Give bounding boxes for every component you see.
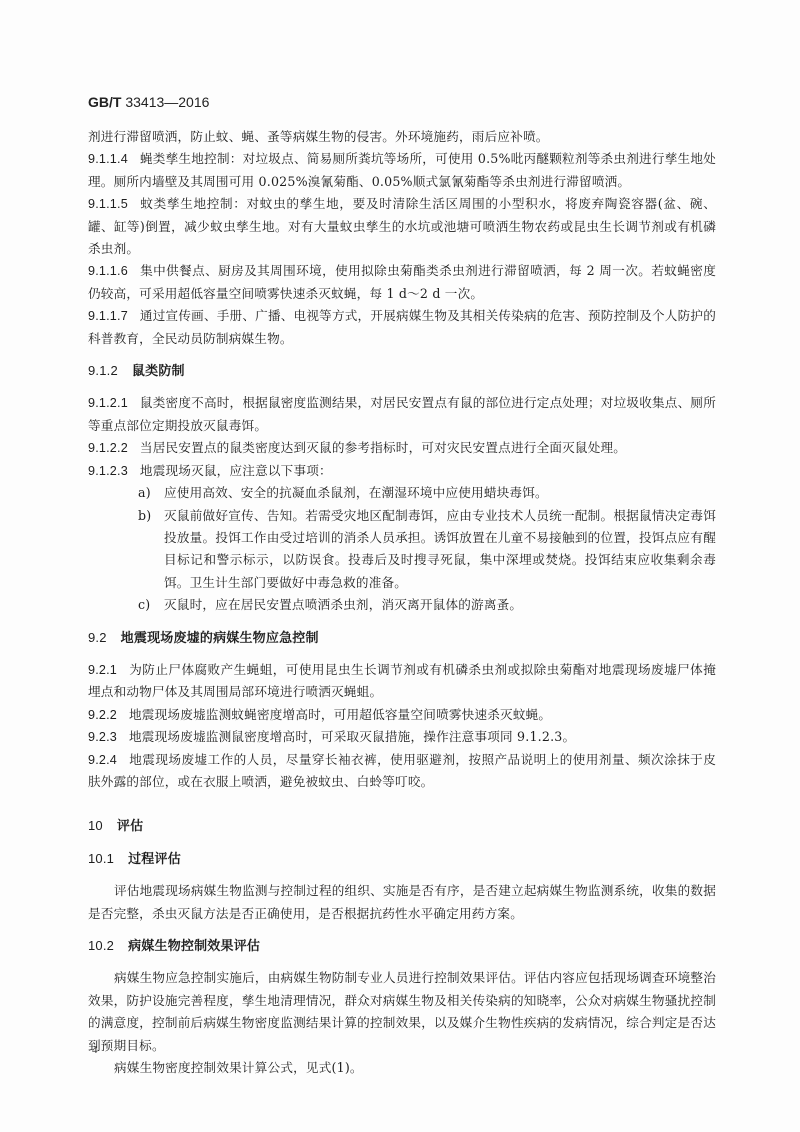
clause-number: 9.2.2	[88, 708, 117, 722]
clause-9-2-2: 9.2.2地震现场废墟监测蚊蝇密度增高时，可用超低容量空间喷雾快速杀灭蚊蝇。	[88, 704, 716, 726]
chapter-title: 评估	[117, 818, 143, 833]
paragraph-10-2-b: 病媒生物密度控制效果计算公式，见式(1)。	[88, 1057, 716, 1079]
continued-paragraph: 剂进行滞留喷洒，防止蚊、蝇、蚤等病媒生物的侵害。外环境施药，雨后应补喷。	[88, 126, 716, 148]
list-text: 灭鼠前做好宣传、告知。若需受灾地区配制毒饵，应由专业技术人员统一配制。根据鼠情决…	[164, 508, 716, 590]
clause-text: 当居民安置点的鼠类密度达到灭鼠的参考指标时，可对灾民安置点进行全面灭鼠处理。	[140, 440, 626, 455]
page-number: 4	[92, 1044, 98, 1056]
clause-text: 蚊类孳生地控制：对蚊虫的孳生地，要及时清除生活区周围的小型积水，将废弃陶瓷容器(…	[88, 196, 716, 256]
clause-9-1-2-1: 9.1.2.1鼠类密度不高时，根据鼠密度监测结果，对居民安置点有鼠的部位进行定点…	[88, 392, 716, 437]
list-text: 灭鼠时，应在居民安置点喷洒杀虫剂，消灭离开鼠体的游离蚤。	[164, 597, 522, 612]
section-heading-10-1: 10.1过程评估	[88, 848, 716, 870]
standard-code: GB/T 33413—2016	[88, 94, 209, 110]
clause-number: 9.1.2.1	[88, 396, 128, 410]
clause-number: 9.1.2.3	[88, 464, 128, 478]
clause-text: 地震现场废墟工作的人员，尽量穿长袖衣裤，使用驱避剂，按照产品说明上的使用剂量、频…	[88, 752, 716, 789]
section-number: 10.1	[88, 851, 114, 866]
clause-9-1-2-2: 9.1.2.2当居民安置点的鼠类密度达到灭鼠的参考指标时，可对灾民安置点进行全面…	[88, 437, 716, 459]
clause-text: 地震现场废墟监测蚊蝇密度增高时，可用超低容量空间喷雾快速杀灭蚊蝇。	[129, 707, 551, 722]
list-item-c: c)灭鼠时，应在居民安置点喷洒杀虫剂，消灭离开鼠体的游离蚤。	[88, 594, 716, 616]
clause-number: 9.1.1.4	[88, 152, 128, 166]
section-number: 9.2	[88, 630, 107, 645]
clause-9-1-1-6: 9.1.1.6集中供餐点、厨房及其周围环境，使用拟除虫菊酯类杀虫剂进行滞留喷洒，…	[88, 260, 716, 305]
paragraph-10-2-a: 病媒生物应急控制实施后，由病媒生物防制专业人员进行控制效果评估。评估内容应包括现…	[88, 967, 716, 1057]
clause-text: 鼠类密度不高时，根据鼠密度监测结果，对居民安置点有鼠的部位进行定点处理；对垃圾收…	[88, 395, 716, 432]
section-heading-9-2: 9.2地震现场废墟的病媒生物应急控制	[88, 627, 716, 649]
clause-text: 地震现场废墟监测鼠密度增高时，可采取灭鼠措施，操作注意事项同 9.1.2.3。	[129, 729, 575, 744]
clause-text: 通过宣传画、手册、广播、电视等方式，开展病媒生物及其相关传染病的危害、预防控制及…	[88, 308, 716, 345]
clause-number: 9.1.1.7	[88, 309, 128, 323]
clause-9-2-4: 9.2.4地震现场废墟工作的人员，尽量穿长袖衣裤，使用驱避剂，按照产品说明上的使…	[88, 749, 716, 794]
section-title: 病媒生物控制效果评估	[128, 938, 260, 953]
clause-number: 9.2.1	[88, 663, 117, 677]
clause-number: 9.1.1.6	[88, 264, 128, 278]
clause-number: 9.2.3	[88, 730, 117, 744]
paragraph-10-1: 评估地震现场病媒生物监测与控制过程的组织、实施是否有序，是否建立起病媒生物监测系…	[88, 880, 716, 925]
section-number: 10.2	[88, 938, 114, 953]
clause-number: 9.1.2.2	[88, 441, 128, 455]
list-label: a)	[138, 482, 164, 504]
list-text: 应使用高效、安全的抗凝血杀鼠剂，在潮湿环境中应使用蜡块毒饵。	[164, 485, 548, 500]
chapter-heading-10: 10评估	[88, 815, 716, 837]
section-title: 过程评估	[128, 851, 181, 866]
standard-prefix: GB/T	[88, 94, 121, 110]
section-title: 地震现场废墟的病媒生物应急控制	[121, 630, 319, 645]
list-item-a: a)应使用高效、安全的抗凝血杀鼠剂，在潮湿环境中应使用蜡块毒饵。	[88, 482, 716, 504]
chapter-number: 10	[88, 818, 103, 833]
clause-9-2-1: 9.2.1为防止尸体腐败产生蝇蛆，可使用昆虫生长调节剂或有机磷杀虫剂或拟除虫菊酯…	[88, 659, 716, 704]
clause-9-1-2-3: 9.1.2.3地震现场灭鼠，应注意以下事项：	[88, 460, 716, 482]
section-title: 鼠类防制	[132, 363, 185, 378]
document-page: GB/T 33413—2016 剂进行滞留喷洒，防止蚊、蝇、蚤等病媒生物的侵害。…	[0, 0, 800, 1132]
clause-text: 集中供餐点、厨房及其周围环境，使用拟除虫菊酯类杀虫剂进行滞留喷洒，每 2 周一次…	[88, 263, 716, 300]
document-body: 剂进行滞留喷洒，防止蚊、蝇、蚤等病媒生物的侵害。外环境施药，雨后应补喷。 9.1…	[88, 126, 716, 1079]
clause-9-2-3: 9.2.3地震现场废墟监测鼠密度增高时，可采取灭鼠措施，操作注意事项同 9.1.…	[88, 726, 716, 748]
section-heading-10-2: 10.2病媒生物控制效果评估	[88, 935, 716, 957]
section-heading-9-1-2: 9.1.2鼠类防制	[88, 360, 716, 382]
list-label: b)	[138, 505, 164, 527]
section-number: 9.1.2	[88, 363, 118, 378]
clause-text: 蝇类孳生地控制：对垃圾点、简易厕所粪坑等场所，可使用 0.5%吡丙醚颗粒剂等杀虫…	[88, 151, 716, 188]
clause-number: 9.2.4	[88, 753, 117, 767]
standard-number: 33413—2016	[125, 94, 209, 110]
clause-number: 9.1.1.5	[88, 197, 128, 211]
clause-9-1-1-5: 9.1.1.5蚊类孳生地控制：对蚊虫的孳生地，要及时清除生活区周围的小型积水，将…	[88, 193, 716, 260]
clause-9-1-1-4: 9.1.1.4蝇类孳生地控制：对垃圾点、简易厕所粪坑等场所，可使用 0.5%吡丙…	[88, 148, 716, 193]
clause-text: 为防止尸体腐败产生蝇蛆，可使用昆虫生长调节剂或有机磷杀虫剂或拟除虫菊酯对地震现场…	[88, 662, 716, 699]
list-item-b: b)灭鼠前做好宣传、告知。若需受灾地区配制毒饵，应由专业技术人员统一配制。根据鼠…	[88, 505, 716, 595]
clause-text: 地震现场灭鼠，应注意以下事项：	[140, 463, 332, 478]
list-label: c)	[138, 594, 164, 616]
clause-9-1-1-7: 9.1.1.7通过宣传画、手册、广播、电视等方式，开展病媒生物及其相关传染病的危…	[88, 305, 716, 350]
